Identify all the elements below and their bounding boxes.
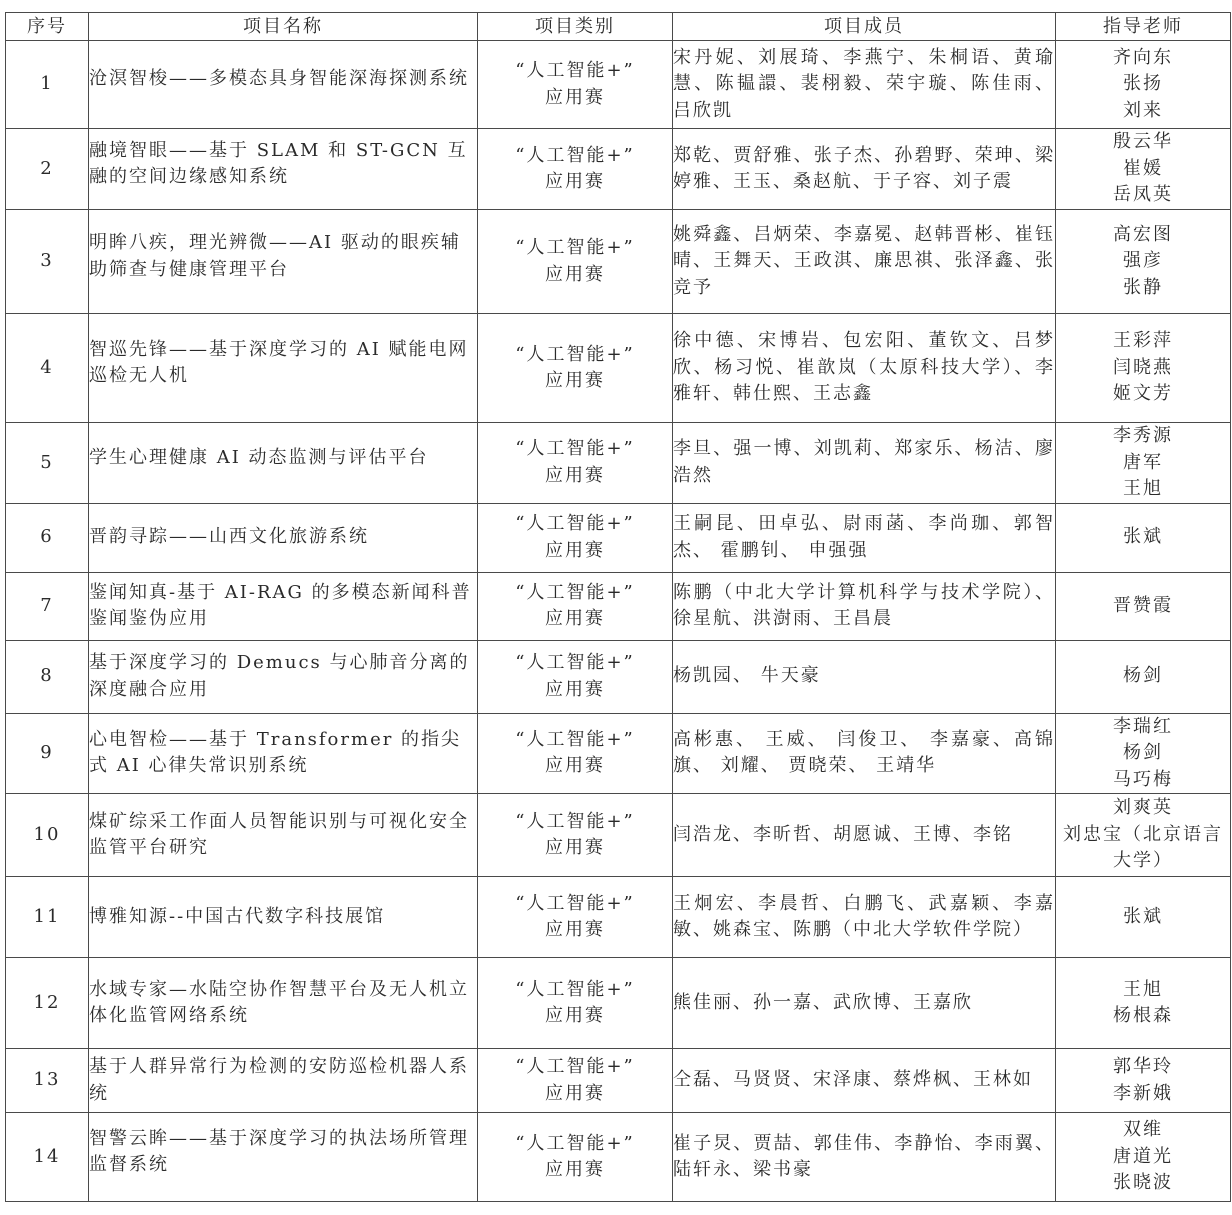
table-row: 14 智警云眸——基于深度学习的执法场所管理监督系统 “人工智能+”应用赛 崔子…	[6, 1113, 1231, 1202]
project-members: 王炯宏、李晨哲、白鹏飞、武嘉颖、李嘉敏、姚森宝、陈鹏（中北大学软件学院）	[673, 877, 1056, 958]
project-category: “人工智能+”应用赛	[478, 210, 673, 314]
project-members: 熊佳丽、孙一嘉、武欣博、王嘉欣	[673, 958, 1056, 1049]
table-row: 5 学生心理健康 AI 动态监测与评估平台 “人工智能+”应用赛 李旦、强一博、…	[6, 423, 1231, 504]
row-index: 5	[6, 423, 89, 504]
table-row: 3 明眸八疾，理光辨微——AI 驱动的眼疾辅助筛查与健康管理平台 “人工智能+”…	[6, 210, 1231, 314]
project-members: 李旦、强一博、刘凯莉、郑家乐、杨洁、廖浩然	[673, 423, 1056, 504]
table-row: 6 晋韵寻踪——山西文化旅游系统 “人工智能+”应用赛 王嗣昆、田卓弘、尉雨菡、…	[6, 503, 1231, 572]
project-category: “人工智能+”应用赛	[478, 958, 673, 1049]
project-category: “人工智能+”应用赛	[478, 1113, 673, 1202]
row-index: 8	[6, 640, 89, 713]
project-tutors: 双维 唐道光 张晓波	[1056, 1113, 1231, 1202]
project-tutors: 杨剑	[1056, 640, 1231, 713]
header-project-members: 项目成员	[673, 13, 1056, 41]
table-row: 12 水域专家—水陆空协作智慧平台及无人机立体化监管网络系统 “人工智能+”应用…	[6, 958, 1231, 1049]
header-project-name: 项目名称	[89, 13, 478, 41]
header-index: 序号	[6, 13, 89, 41]
project-tutors: 殷云华 崔媛 岳凤英	[1056, 129, 1231, 210]
table-row: 4 智巡先锋——基于深度学习的 AI 赋能电网巡检无人机 “人工智能+”应用赛 …	[6, 314, 1231, 423]
row-index: 4	[6, 314, 89, 423]
row-index: 7	[6, 572, 89, 640]
project-tutors: 高宏图 强彦 张静	[1056, 210, 1231, 314]
project-tutors: 齐向东 张扬 刘来	[1056, 41, 1231, 129]
project-members: 徐中德、宋博岩、包宏阳、董钦文、吕梦欣、杨习悦、崔歆岚（太原科技大学）、李雅轩、…	[673, 314, 1056, 423]
row-index: 10	[6, 794, 89, 877]
project-category: “人工智能+”应用赛	[478, 640, 673, 713]
project-name: 基于人群异常行为检测的安防巡检机器人系统	[89, 1049, 478, 1113]
project-name: 沧溟智梭——多模态具身智能深海探测系统	[89, 41, 478, 129]
project-tutors: 张斌	[1056, 877, 1231, 958]
project-category: “人工智能+”应用赛	[478, 129, 673, 210]
table-row: 8 基于深度学习的 Demucs 与心肺音分离的深度融合应用 “人工智能+”应用…	[6, 640, 1231, 713]
project-name: 心电智检——基于 Transformer 的指尖式 AI 心律失常识别系统	[89, 713, 478, 794]
project-name: 晋韵寻踪——山西文化旅游系统	[89, 503, 478, 572]
table-row: 13 基于人群异常行为检测的安防巡检机器人系统 “人工智能+”应用赛 仝磊、马贤…	[6, 1049, 1231, 1113]
project-table: 序号 项目名称 项目类别 项目成员 指导老师 1 沧溟智梭——多模态具身智能深海…	[5, 12, 1231, 1202]
row-index: 1	[6, 41, 89, 129]
table-row: 1 沧溟智梭——多模态具身智能深海探测系统 “人工智能+”应用赛 宋丹妮、刘展琦…	[6, 41, 1231, 129]
project-tutors: 刘爽英 刘忠宝（北京语言大学）	[1056, 794, 1231, 877]
project-name: 煤矿综采工作面人员智能识别与可视化安全监管平台研究	[89, 794, 478, 877]
project-members: 王嗣昆、田卓弘、尉雨菡、李尚珈、郭智杰、 霍鹏钊、 申强强	[673, 503, 1056, 572]
row-index: 13	[6, 1049, 89, 1113]
row-index: 2	[6, 129, 89, 210]
project-name: 融境智眼——基于 SLAM 和 ST-GCN 互融的空间边缘感知系统	[89, 129, 478, 210]
project-tutors: 李瑞红 杨剑 马巧梅	[1056, 713, 1231, 794]
row-index: 6	[6, 503, 89, 572]
table-row: 7 鉴闻知真-基于 AI-RAG 的多模态新闻科普鉴闻鉴伪应用 “人工智能+”应…	[6, 572, 1231, 640]
table-header-row: 序号 项目名称 项目类别 项目成员 指导老师	[6, 13, 1231, 41]
project-name: 基于深度学习的 Demucs 与心肺音分离的深度融合应用	[89, 640, 478, 713]
project-tutors: 晋赞霞	[1056, 572, 1231, 640]
project-members: 仝磊、马贤贤、宋泽康、蔡烨枫、王林如	[673, 1049, 1056, 1113]
project-name: 鉴闻知真-基于 AI-RAG 的多模态新闻科普鉴闻鉴伪应用	[89, 572, 478, 640]
row-index: 12	[6, 958, 89, 1049]
project-name: 学生心理健康 AI 动态监测与评估平台	[89, 423, 478, 504]
project-members: 郑乾、贾舒雅、张子杰、孙碧野、荣珅、梁婷雅、王玉、桑赵航、于子容、刘子震	[673, 129, 1056, 210]
project-category: “人工智能+”应用赛	[478, 572, 673, 640]
project-category: “人工智能+”应用赛	[478, 1049, 673, 1113]
row-index: 11	[6, 877, 89, 958]
project-members: 宋丹妮、刘展琦、李燕宁、朱桐语、黄瑜慧、陈韫譞、裴栩毅、荣宇璇、陈佳雨、 吕欣凯	[673, 41, 1056, 129]
project-members: 杨凯园、 牛天豪	[673, 640, 1056, 713]
project-category: “人工智能+”应用赛	[478, 713, 673, 794]
project-name: 水域专家—水陆空协作智慧平台及无人机立体化监管网络系统	[89, 958, 478, 1049]
project-tutors: 张斌	[1056, 503, 1231, 572]
project-tutors: 李秀源 唐军 王旭	[1056, 423, 1231, 504]
header-tutors: 指导老师	[1056, 13, 1231, 41]
project-members: 高彬惠、 王威、 闫俊卫、 李嘉豪、高锦旗、 刘耀、 贾晓荣、 王靖华	[673, 713, 1056, 794]
project-members: 姚舜鑫、吕炳荣、李嘉冕、赵韩晋彬、崔钰晴、王舞天、王政淇、廉思祺、张泽鑫、张竞予	[673, 210, 1056, 314]
project-name: 博雅知源--中国古代数字科技展馆	[89, 877, 478, 958]
header-project-category: 项目类别	[478, 13, 673, 41]
table-row: 11 博雅知源--中国古代数字科技展馆 “人工智能+”应用赛 王炯宏、李晨哲、白…	[6, 877, 1231, 958]
project-category: “人工智能+”应用赛	[478, 877, 673, 958]
project-members: 陈鹏（中北大学计算机科学与技术学院）、徐星航、洪澍雨、王昌晨	[673, 572, 1056, 640]
project-name: 智警云眸——基于深度学习的执法场所管理监督系统	[89, 1113, 478, 1202]
project-tutors: 郭华玲 李新娥	[1056, 1049, 1231, 1113]
project-category: “人工智能+”应用赛	[478, 423, 673, 504]
project-category: “人工智能+”应用赛	[478, 314, 673, 423]
row-index: 3	[6, 210, 89, 314]
row-index: 9	[6, 713, 89, 794]
project-tutors: 王旭 杨根森	[1056, 958, 1231, 1049]
table-row: 9 心电智检——基于 Transformer 的指尖式 AI 心律失常识别系统 …	[6, 713, 1231, 794]
project-tutors: 王彩萍 闫晓燕 姬文芳	[1056, 314, 1231, 423]
project-name: 智巡先锋——基于深度学习的 AI 赋能电网巡检无人机	[89, 314, 478, 423]
project-members: 闫浩龙、李昕哲、胡愿诚、王博、李铭	[673, 794, 1056, 877]
table-row: 10 煤矿综采工作面人员智能识别与可视化安全监管平台研究 “人工智能+”应用赛 …	[6, 794, 1231, 877]
table-row: 2 融境智眼——基于 SLAM 和 ST-GCN 互融的空间边缘感知系统 “人工…	[6, 129, 1231, 210]
project-category: “人工智能+”应用赛	[478, 503, 673, 572]
row-index: 14	[6, 1113, 89, 1202]
project-members: 崔子炅、贾喆、郭佳伟、李静怡、李雨翼、陆轩永、梁书豪	[673, 1113, 1056, 1202]
project-category: “人工智能+”应用赛	[478, 41, 673, 129]
project-name: 明眸八疾，理光辨微——AI 驱动的眼疾辅助筛查与健康管理平台	[89, 210, 478, 314]
project-category: “人工智能+”应用赛	[478, 794, 673, 877]
